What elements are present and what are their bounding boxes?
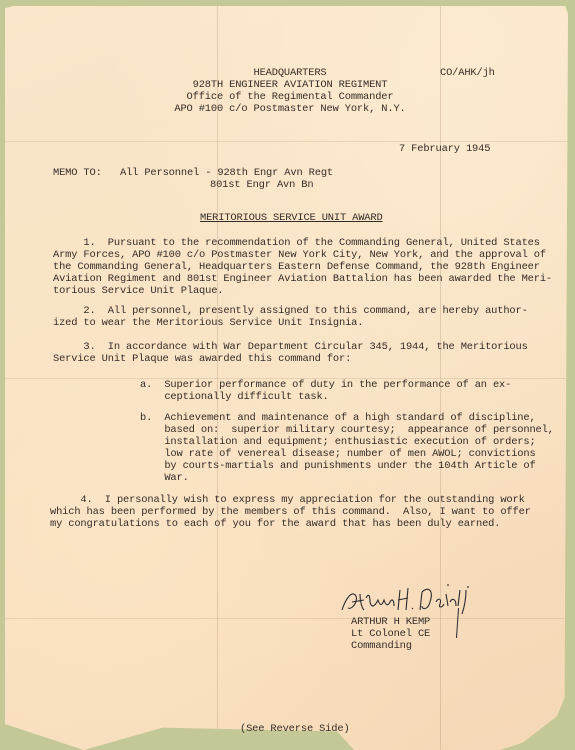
memo-to-label: MEMO TO:: [53, 167, 102, 179]
fold-crease: [5, 141, 568, 142]
paragraph-line: ceptionally difficult task.: [140, 391, 329, 403]
recipient-line: All Personnel - 928th Engr Avn Regt: [120, 167, 333, 179]
paragraph-line: which has been performed by the members …: [50, 506, 531, 518]
paragraph-line: 2. All personnel, presently assigned to …: [53, 305, 528, 317]
paragraph-line: low rate of venereal disease; number of …: [140, 448, 536, 460]
footer-note: (See Reverse Side): [240, 723, 350, 735]
paragraph-line: Aviation Regiment and 801st Engineer Avi…: [53, 273, 552, 285]
paragraph-line: 1. Pursuant to the recommendation of the…: [53, 237, 540, 249]
recipient-line: 801st Engr Avn Bn: [210, 179, 313, 191]
letterhead-line: Office of the Regimental Commander: [150, 91, 430, 103]
letterhead-line: HEADQUARTERS: [150, 67, 430, 79]
paragraph-line: Service Unit Plaque was awarded this com…: [53, 353, 351, 365]
memo-paper: [5, 6, 568, 750]
paragraph-line: War.: [140, 472, 189, 484]
paragraph-line: by courts-martials and punishments under…: [140, 460, 536, 472]
paragraph-line: installation and equipment; enthusiastic…: [140, 436, 536, 448]
signatory-rank: Lt Colonel CE: [351, 628, 430, 640]
handwritten-signature: [338, 580, 488, 620]
paragraph-line: b. Achievement and maintenance of a high…: [140, 412, 536, 424]
paragraph-line: 4. I personally wish to express my appre…: [50, 494, 525, 506]
signatory-title: Commanding: [351, 640, 412, 652]
paragraph-line: a. Superior performance of duty in the p…: [140, 379, 511, 391]
letterhead-line: 928TH ENGINEER AVIATION REGIMENT: [150, 79, 430, 91]
paragraph-line: based on: superior military courtesy; ap…: [140, 424, 554, 436]
paragraph-line: torious Service Unit Plaque.: [53, 285, 223, 297]
letterhead-line: APO #100 c/o Postmaster New York, N.Y.: [150, 103, 430, 115]
paragraph-line: the Commanding General, Headquarters Eas…: [53, 261, 540, 273]
paragraph-line: ized to wear the Meritorious Service Uni…: [53, 317, 363, 329]
memo-subject: MERITORIOUS SERVICE UNIT AWARD: [200, 212, 383, 224]
reference-code: CO/AHK/jh: [440, 67, 495, 79]
paragraph-line: Army Forces, APO #100 c/o Postmaster New…: [53, 249, 546, 261]
paragraph-line: my congratulations to each of you for th…: [50, 518, 500, 530]
paragraph-line: 3. In accordance with War Department Cir…: [53, 341, 528, 353]
memo-date: 7 February 1945: [399, 143, 490, 155]
signatory-name: ARTHUR H KEMP: [351, 616, 430, 628]
